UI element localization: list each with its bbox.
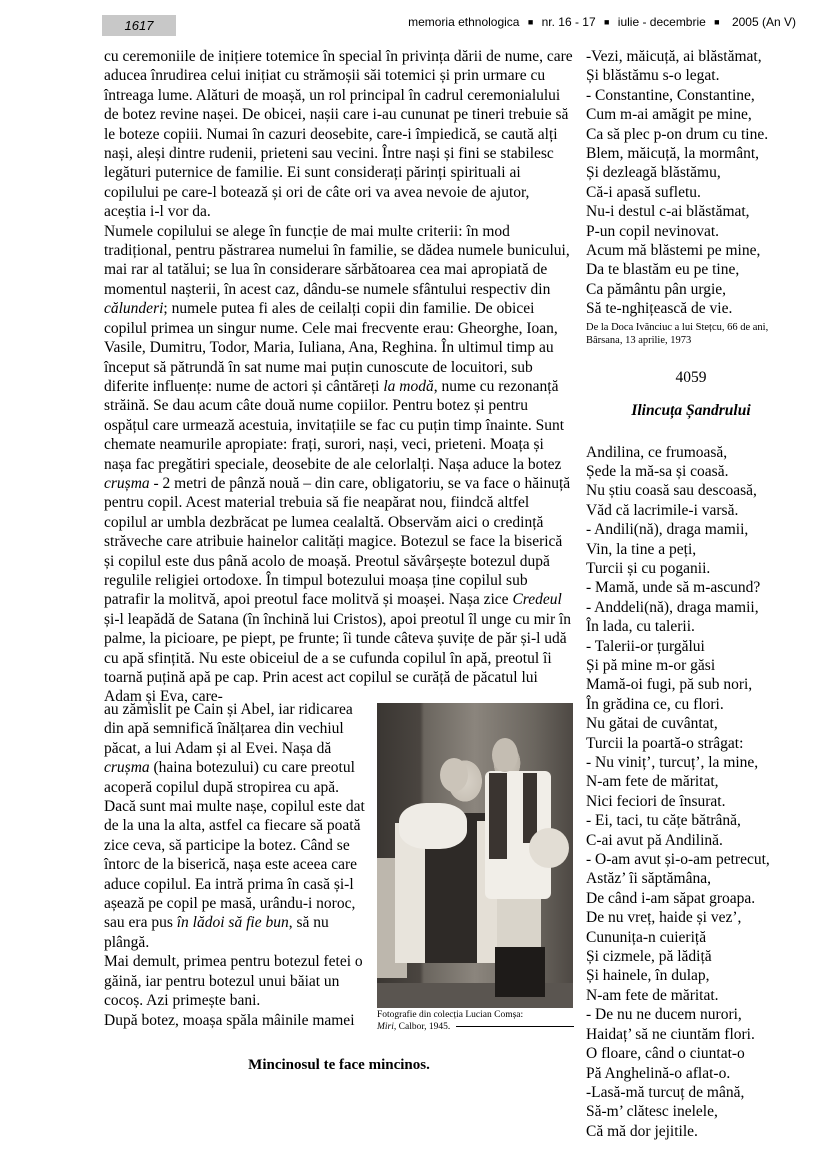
poem-line: O floare, când o ciuntat-o <box>586 1044 806 1063</box>
poem-number: 4059 <box>576 368 806 387</box>
poem-line: - Constantine, Constantine, <box>586 86 806 105</box>
poem-line: Și hainele, în dulap, <box>586 966 806 985</box>
poem-constantin: -Vezi, măicuță, ai blăstămat,Și blăstămu… <box>586 47 806 319</box>
poem-line: În lada, cu talerii. <box>586 617 806 636</box>
poem-line: N-am fete de măritat, <box>586 772 806 791</box>
poem-line: Cununița-n cuieriță <box>586 928 806 947</box>
poem-line: N-am fete de măritat. <box>586 986 806 1005</box>
poem-line: Vin, la tine a peți, <box>586 540 806 559</box>
photo-groom-boots <box>495 947 545 997</box>
text-beside-photo: au zămislit pe Cain și Abel, iar ridicar… <box>104 700 376 1030</box>
paragraph-godmothers: Dacă sunt mai multe nașe, copilul este d… <box>104 797 376 952</box>
italic-term: crușma <box>104 759 150 776</box>
poem-line: - Ei, taci, tu cățe bătrână, <box>586 811 806 830</box>
caption-line-2: Miri, Calbor, 1945. <box>377 1021 577 1033</box>
poem-line: - De nu ne ducem nurori, <box>586 1005 806 1024</box>
poem-line: În grădina ce, cu flori. <box>586 695 806 714</box>
poem-line: - Anddeli(nă), draga mamii, <box>586 598 806 617</box>
photo-caption: Fotografie din colecția Lucian Comșa: Mi… <box>377 1009 577 1033</box>
wedding-photo <box>377 703 573 1008</box>
text-run: Numele copilului se alege în funcție de … <box>104 223 570 298</box>
paragraph-gifts: Mai demult, primea pentru botezul fetei … <box>104 952 376 1010</box>
poem-line: Astăz’ îi săptămâna, <box>586 869 806 888</box>
poem-source: De la Doca Ivănciuc a lui Stețcu, 66 de … <box>586 321 806 348</box>
poem-line: C-ai avut pă Andilină. <box>586 831 806 850</box>
poem-line: P-un copil nevinovat. <box>586 222 806 241</box>
text-run: - 2 metri de pânză nouă – din care, obli… <box>104 475 570 608</box>
poem-line: - Andili(nă), draga mamii, <box>586 520 806 539</box>
poem-line: Nici feciori de însurat. <box>586 792 806 811</box>
poem-line: Andilina, ce frumoasă, <box>586 443 806 462</box>
poem-line: - Nu viniț’, turcuț’, la mine, <box>586 753 806 772</box>
separator-square-icon: ■ <box>714 17 719 27</box>
paragraph-naming-ceremony: cu ceremoniile de inițiere totemice în s… <box>104 47 574 222</box>
photo-bouquet <box>399 803 467 849</box>
issue-year: 2005 (An V) <box>732 15 796 29</box>
caption-place-date: , Calbor, 1945. <box>394 1022 450 1032</box>
photo-groom-vest <box>489 773 507 859</box>
italic-term: crușma <box>104 475 150 492</box>
caption-line-1: Fotografie din colecția Lucian Comșa: <box>377 1009 577 1021</box>
main-text-column: cu ceremoniile de inițiere totemice în s… <box>104 47 574 707</box>
poem-line: De când i-am săpat groapa. <box>586 889 806 908</box>
poem-line: Și cizmele, pă lădiță <box>586 947 806 966</box>
paragraph-after-baptism: După botez, moașa spăla mâinile mamei <box>104 1011 376 1030</box>
poem-line: Nu gătai de cuvântat, <box>586 714 806 733</box>
photo-flowers <box>529 828 569 868</box>
poem-line: -Lasă-mă turcuț de mână, <box>586 1083 806 1102</box>
poem-ilincuta: Andilina, ce frumoasă,Șede la mă-sa și c… <box>586 443 806 1142</box>
paragraph-baptism: Numele copilului se alege în funcție de … <box>104 222 574 707</box>
caption-title: Miri <box>377 1022 394 1032</box>
poem-line: Și pă mine m-or găsi <box>586 656 806 675</box>
poem-title: Ilincuța Șandrului <box>576 401 806 420</box>
poem-line: De nu vreț, haide și vez’, <box>586 908 806 927</box>
poem-line: Ca să plec p-on drum cu tine. <box>586 125 806 144</box>
issue-number: nr. 16 - 17 <box>542 15 596 29</box>
poem-line: Nu știu coasă sau descoasă, <box>586 481 806 500</box>
poem-line: Că-i apasă sufletu. <box>586 183 806 202</box>
poem-line: Și blăstămu s-o legat. <box>586 66 806 85</box>
poem-line: Și dezleagă blăstămu, <box>586 163 806 182</box>
poem-line: Turcii și cu poganii. <box>586 559 806 578</box>
page-number: 1617 <box>125 18 154 33</box>
separator-square-icon: ■ <box>528 17 533 27</box>
poem-line: - Mamă, unde să m-ascund? <box>586 578 806 597</box>
poem-line: Haidaț’ să ne ciuntăm flori. <box>586 1025 806 1044</box>
caption-rule <box>456 1026 574 1027</box>
poem-line: Cum m-ai amăgit pe mine, <box>586 105 806 124</box>
poem-line: Turcii la poartă-o strâgat: <box>586 734 806 753</box>
poem-line: -Vezi, măicuță, ai blăstămat, <box>586 47 806 66</box>
journal-name: memoria ethnologica <box>408 15 519 29</box>
issue-period: iulie - decembrie <box>618 15 706 29</box>
poem-line: Că mă dor jejitile. <box>586 1122 806 1141</box>
poem-line: Nu-i destul c-ai blăstămat, <box>586 202 806 221</box>
proverb: Mincinosul te face mincinos. <box>104 1056 574 1075</box>
italic-term: Credeul <box>512 591 561 608</box>
poem-line: Șede la mă-sa și coasă. <box>586 462 806 481</box>
separator-square-icon: ■ <box>604 17 609 27</box>
poem-line: Să te-nghițească de vie. <box>586 299 806 318</box>
page-number-box: 1617 <box>102 15 176 36</box>
italic-term: călunderi <box>104 300 163 317</box>
poem-line: Să-m’ clătesc inelele, <box>586 1102 806 1121</box>
poem-line: Ca pământu pân urgie, <box>586 280 806 299</box>
poem-line: Mamă-oi fugi, pă sub nori, <box>586 675 806 694</box>
photo-bride-head <box>440 758 468 792</box>
poem-line: - Talerii-or țurgălui <box>586 637 806 656</box>
text-run: au zămislit pe Cain și Abel, iar ridicar… <box>104 701 353 757</box>
photo-groom-trousers <box>497 899 541 949</box>
paragraph-crusma: au zămislit pe Cain și Abel, iar ridicar… <box>104 700 376 797</box>
photo-groom-head <box>492 738 518 772</box>
poem-line: Văd că lacrimile-i varsă. <box>586 501 806 520</box>
running-header: memoria ethnologica ■ nr. 16 - 17 ■ iuli… <box>300 14 796 31</box>
poem-line: Acum mă blăstemi pe mine, <box>586 241 806 260</box>
italic-term: la modă <box>383 378 433 395</box>
poem-line: Pă Anghelină-o aflat-o. <box>586 1064 806 1083</box>
text-run: Dacă sunt mai multe nașe, copilul este d… <box>104 798 365 931</box>
poem-column: -Vezi, măicuță, ai blăstămat,Și blăstămu… <box>586 47 806 1141</box>
poem-line: Da te blastăm eu pe tine, <box>586 260 806 279</box>
poem-line: - O-am avut și-o-am petrecut, <box>586 850 806 869</box>
text-run: și-l leapădă de Satana (în închină lui C… <box>104 611 571 706</box>
italic-term: în lădoi să fie bun <box>177 914 289 931</box>
poem-line: Blem, măicuță, la mormânt, <box>586 144 806 163</box>
